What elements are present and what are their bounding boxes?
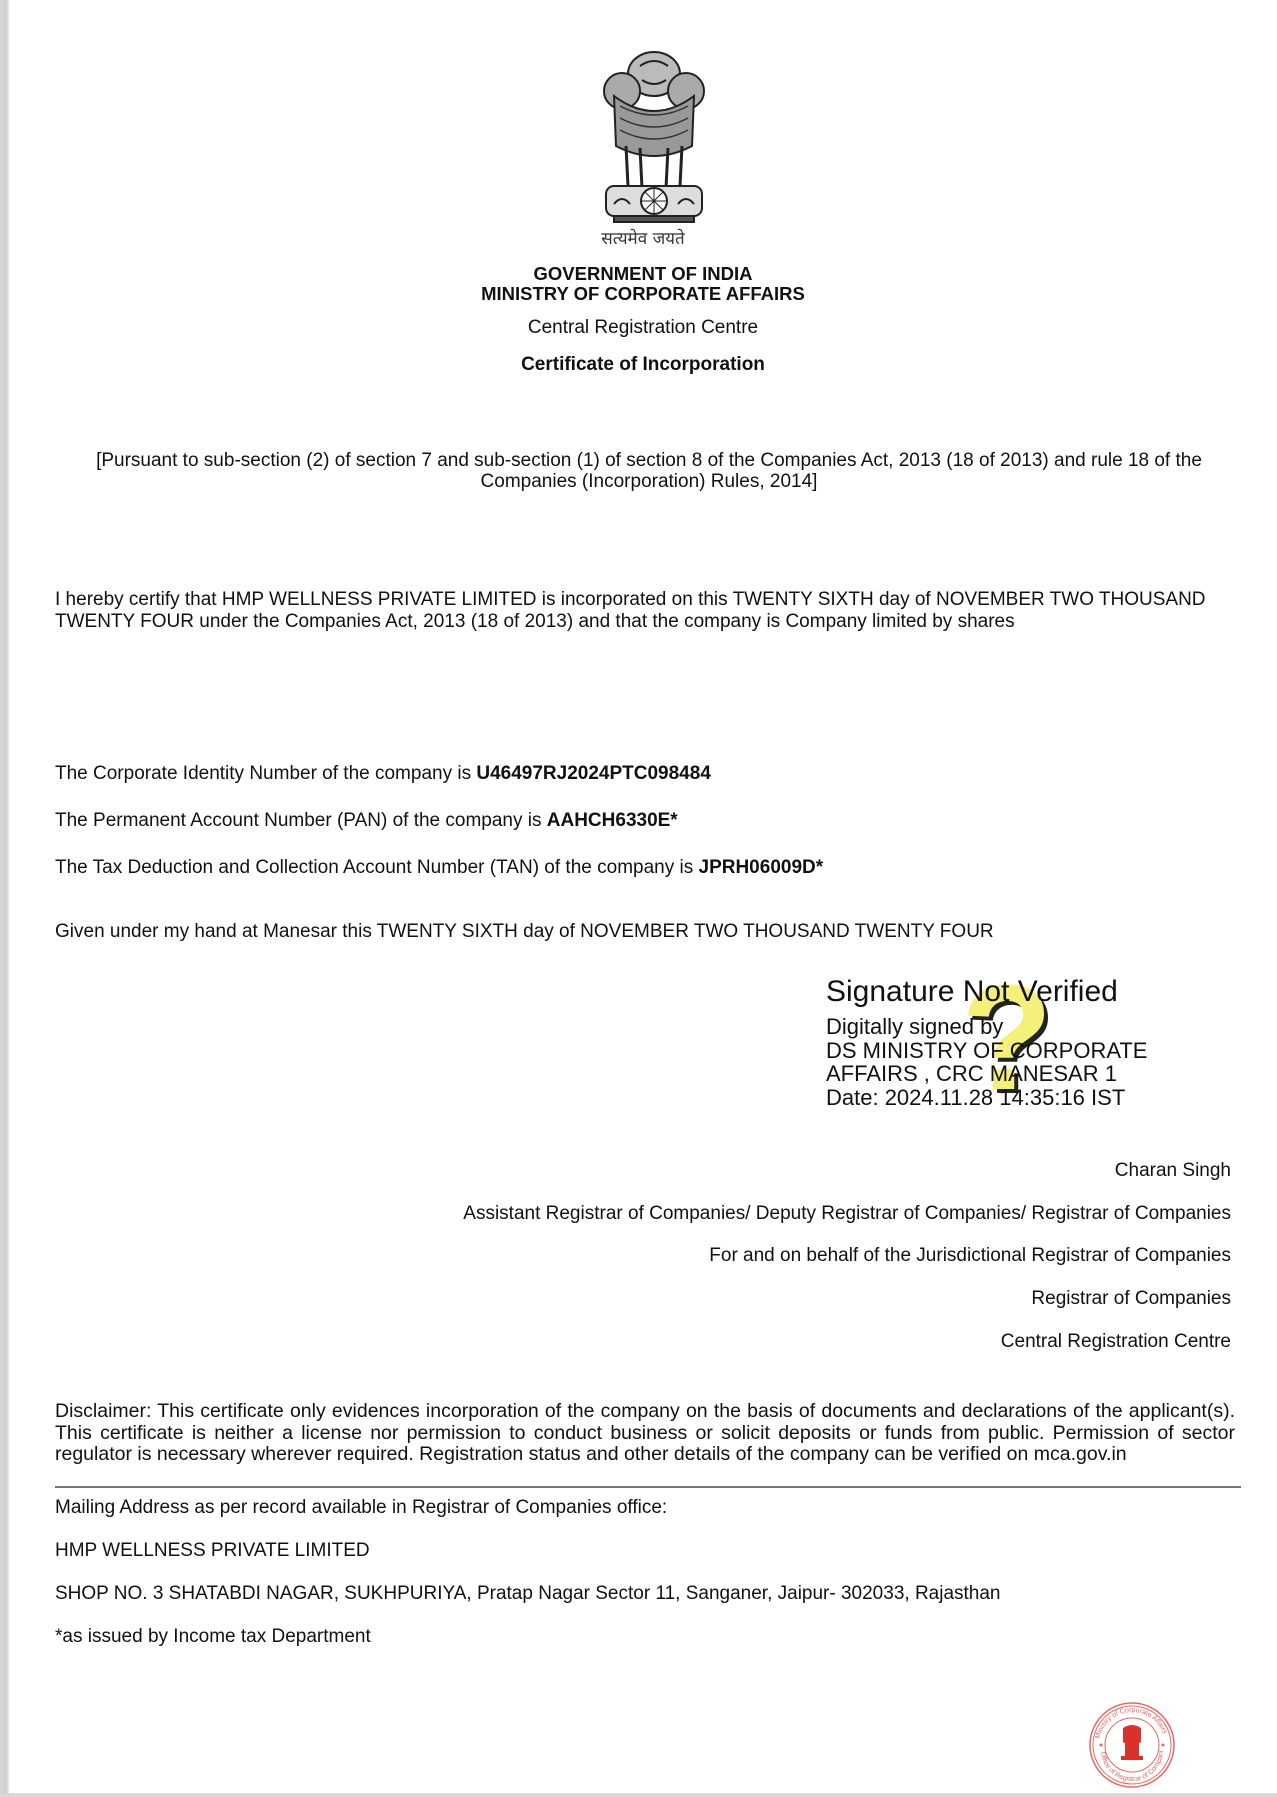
- page-edge-bottom: [0, 1793, 1277, 1797]
- cin-label: The Corporate Identity Number of the com…: [55, 763, 476, 784]
- pan-line: The Permanent Account Number (PAN) of th…: [55, 810, 678, 832]
- signer-name-line1: DS MINISTRY OF CORPORATE: [826, 1039, 1206, 1063]
- mailing-address-label: Mailing Address as per record available …: [55, 1497, 667, 1519]
- mailing-address: SHOP NO. 3 SHATABDI NAGAR, SUKHPURIYA, P…: [55, 1583, 1001, 1605]
- signatory-designation: Assistant Registrar of Companies/ Deputy…: [463, 1203, 1231, 1225]
- signatory-centre: Central Registration Centre: [1001, 1331, 1231, 1353]
- ministry-heading: MINISTRY OF CORPORATE AFFAIRS: [9, 283, 1277, 305]
- office-name: Central Registration Centre: [9, 317, 1277, 339]
- mca-seal-icon: Ministry of Corporate Affairs Office of …: [1087, 1700, 1177, 1790]
- national-emblem-icon: [584, 36, 724, 256]
- certificate-title: Certificate of Incorporation: [9, 354, 1277, 376]
- given-under-hand: Given under my hand at Manesar this TWEN…: [55, 921, 994, 943]
- cin-line: The Corporate Identity Number of the com…: [55, 763, 711, 785]
- signatory-name: Charan Singh: [1115, 1160, 1231, 1182]
- pan-value: AAHCH6330E*: [547, 810, 678, 831]
- signer-name-line2: AFFAIRS , CRC MANESAR 1: [826, 1062, 1206, 1086]
- pursuant-clause: [Pursuant to sub-section (2) of section …: [59, 450, 1239, 492]
- signatory-behalf: For and on behalf of the Jurisdictional …: [709, 1245, 1231, 1267]
- government-heading: GOVERNMENT OF INDIA: [9, 263, 1277, 285]
- tan-label: The Tax Deduction and Collection Account…: [55, 857, 699, 878]
- digital-signature-block[interactable]: Signature Not Verified Digitally signed …: [826, 975, 1206, 1109]
- emblem-motto: सत्यमेव जयते: [9, 226, 1277, 249]
- tan-value: JPRH06009D*: [699, 857, 824, 878]
- signed-by-label: Digitally signed by: [826, 1015, 1206, 1039]
- pan-label: The Permanent Account Number (PAN) of th…: [55, 810, 547, 831]
- disclaimer: Disclaimer: This certificate only eviden…: [55, 1401, 1235, 1466]
- certificate-page: सत्यमेव जयते GOVERNMENT OF INDIA MINISTR…: [9, 0, 1277, 1793]
- certification-statement: I hereby certify that HMP WELLNESS PRIVA…: [55, 589, 1250, 633]
- signature-status: Signature Not Verified: [826, 975, 1206, 1009]
- cin-value: U46497RJ2024PTC098484: [476, 763, 711, 784]
- pan-tan-note: *as issued by Income tax Department: [55, 1626, 371, 1648]
- signature-date: Date: 2024.11.28 14:35:16 IST: [826, 1086, 1206, 1110]
- tan-line: The Tax Deduction and Collection Account…: [55, 857, 823, 879]
- divider: [55, 1486, 1241, 1488]
- mailing-company-name: HMP WELLNESS PRIVATE LIMITED: [55, 1540, 370, 1562]
- signatory-registrar: Registrar of Companies: [1031, 1288, 1231, 1310]
- page-edge-shadow: [0, 0, 9, 1797]
